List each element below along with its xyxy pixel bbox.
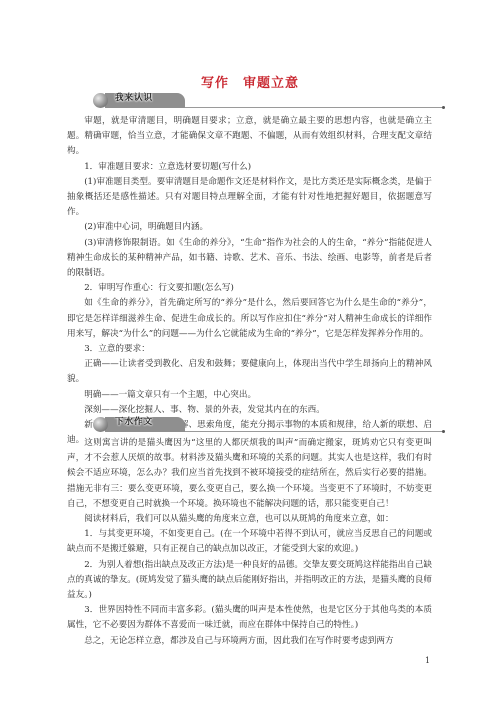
paragraph: 正确——让读者受到教化、启发和鼓舞；要健康向上，体现出当代中学生昂扬向上的精神风… (67, 357, 432, 387)
sphere-icon (93, 417, 108, 432)
paragraph: (2)审准中心词，明确题目内涵。 (67, 220, 432, 235)
paragraph: 3．世界因特性不同而丰富多彩。(猫头鹰的叫声是本性使然，也是它区分于其他鸟类的本… (67, 603, 432, 633)
section-intro-body: 审题，就是审清题目，明确题目要求；立意，就是确立最主要的思想内容，也就是确立主题… (67, 114, 432, 448)
divider-end-dot (442, 106, 445, 109)
paragraph: 1．与其变更环境，不如变更自己。(在一个环境中若得不到认可，就应当反思自己的问题… (67, 527, 432, 557)
section-header-intro: 我来认识 (93, 90, 443, 110)
paragraph: 2．为别人着想(指出缺点及改正方法)是一种良好的品德。交挚友要交斑鸠这样能指出自… (67, 558, 432, 604)
paragraph: 阅读材料后，我们可以从猫头鹰的角度来立意，也可以从斑鸠的角度来立意，如： (67, 512, 432, 527)
sphere-icon (93, 93, 108, 108)
paragraph: 2．审明写作重心：行文要扣题(怎么写) (67, 281, 432, 296)
paragraph: 明确——一篇文章只有一个主题，中心突出。 (67, 388, 432, 403)
paragraph: 总之，无论怎样立意，都涉及自己与环境两方面，因此我们在写作时要考虑到两方 (67, 634, 432, 649)
page-title: 写作 审题立意 (0, 72, 500, 91)
paragraph: 如《生命的养分》，首先确定所写的“养分”是什么，然后要回答它为什么是生命的“养分… (67, 296, 432, 342)
paragraph: (1)审准题目类型。要审清题目是命题作文还是材料作文，是比方类还是实际概念类，是… (67, 175, 432, 221)
section-badge: 我来认识 (115, 91, 153, 103)
paragraph: 这则寓言讲的是猫头鹰因为“这里的人都厌烦我的叫声”而确定搬家，斑鸠劝它只有变更叫… (67, 436, 432, 512)
paragraph: 1．审准题目要求：立意选材要切题(写什么) (67, 160, 432, 175)
divider-end-dot (442, 430, 445, 433)
section-model-essay-body: 这则寓言讲的是猫头鹰因为“这里的人都厌烦我的叫声”而确定搬家，斑鸠劝它只有变更叫… (67, 436, 432, 649)
section-header-model-essay: 下水作文 (93, 414, 443, 434)
section-badge: 下水作文 (115, 415, 153, 427)
paragraph: 审题，就是审清题目，明确题目要求；立意，就是确立最主要的思想内容，也就是确立主题… (67, 114, 432, 160)
paragraph: 3．立意的要求： (67, 342, 432, 357)
paragraph: (3)审清修饰限制语。如《生命的养分》，“生命”指作为社会的人的生命，“养分”指… (67, 236, 432, 282)
page-number: 1 (425, 656, 430, 665)
